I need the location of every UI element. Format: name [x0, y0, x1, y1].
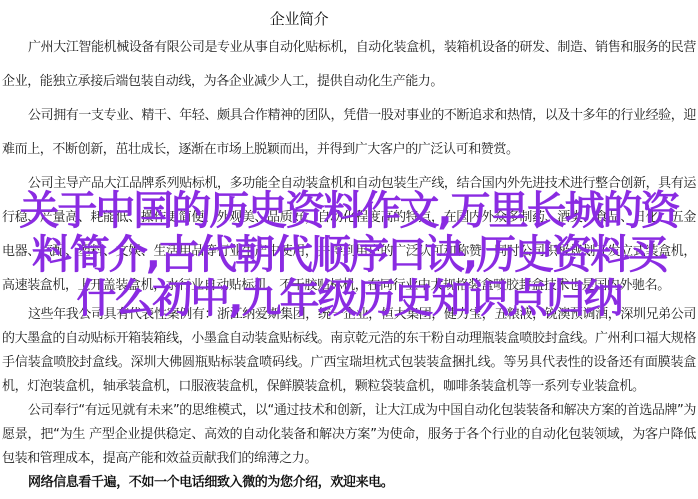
paragraph-company-overview: 广州大江智能机械设备有限公司是专业从事自动化贴标机，自动化装盒机，装箱机设备的研…	[2, 31, 696, 99]
overlay-text[interactable]: 关于中国的历史资料作文,万里长城的资 料简介,古代朝代顺序口诀,历史资料买 什么…	[0, 189, 698, 321]
paragraph-team: 公司拥有一支专业、精干、年轻、颇具合作精神的团队，凭借一股对事业的不断追求和热情…	[2, 99, 696, 167]
overlay-line-3[interactable]: 什么初中,九年级历史知识点归纳	[0, 277, 698, 321]
closing-line: 网络信息看千遍，不如一个电话细致入微的为您介绍，欢迎来电。	[2, 471, 696, 495]
paragraph-vision: 公司奉行“有远见就有未来”的思维模式，以“通过技术和创新，让大江成为中国自动化包…	[2, 399, 696, 471]
overlay-line-1[interactable]: 关于中国的历史资料作文,万里长城的资	[0, 189, 698, 233]
page-title: 企业简介	[0, 8, 646, 29]
cases-section: 这些年我公司具有代表性案例有：浙江纳爱斯集团，统一企业，恒大集团，健力宝，五粮液…	[2, 303, 696, 495]
company-intro-page: 企业简介 广州大江智能机械设备有限公司是专业从事自动化贴标机，自动化装盒机，装箱…	[0, 0, 698, 499]
overlay-line-2[interactable]: 料简介,古代朝代顺序口诀,历史资料买	[0, 233, 698, 277]
